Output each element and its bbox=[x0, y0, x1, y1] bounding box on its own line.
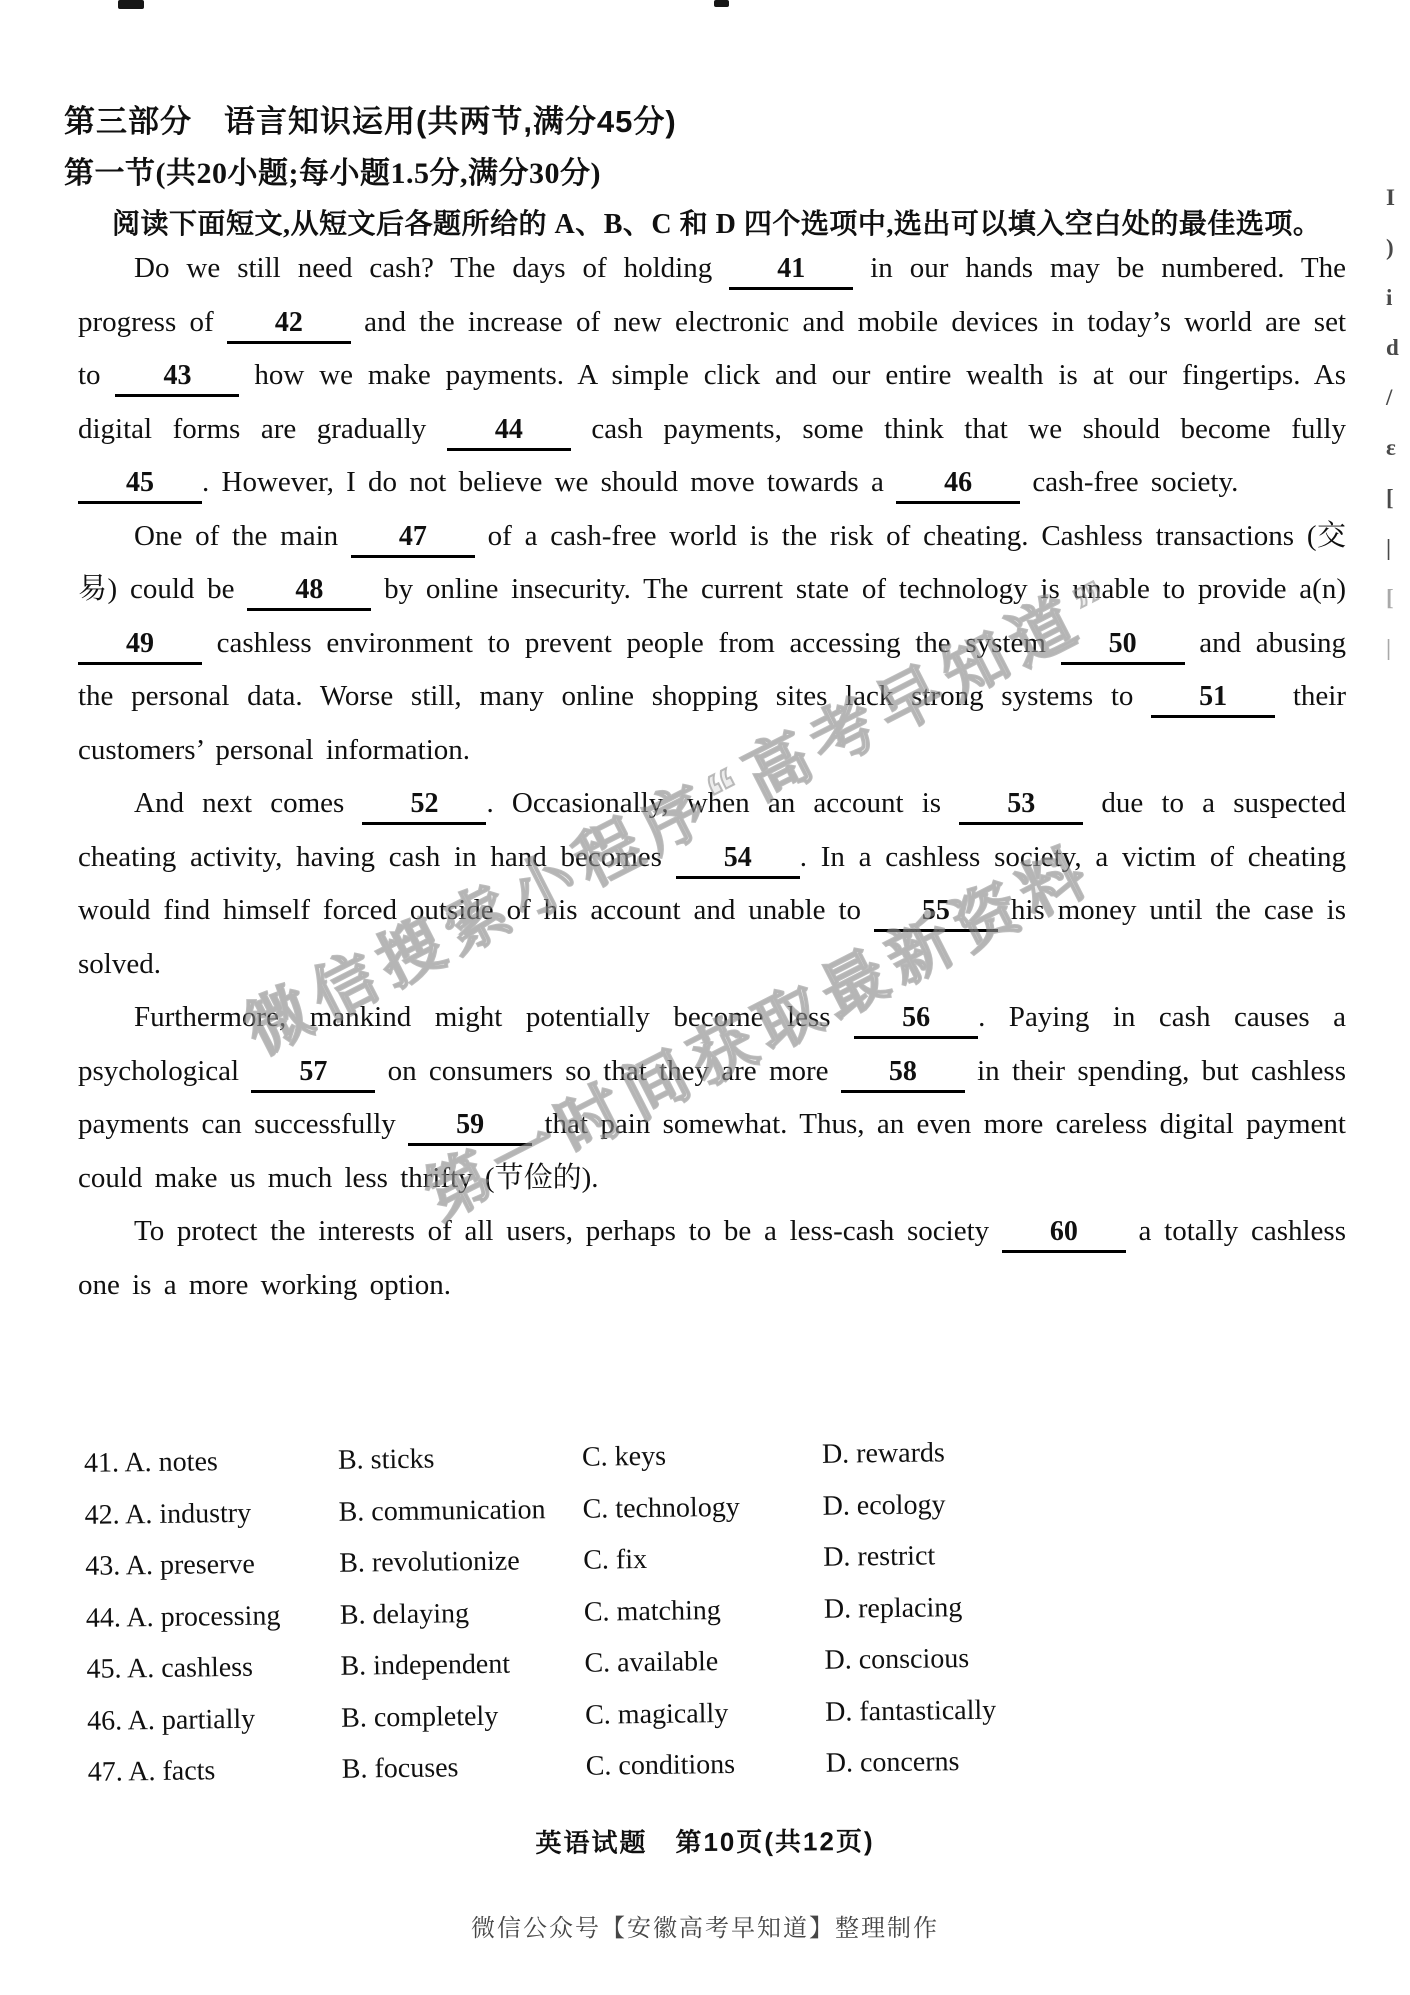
option-43-C: C. fix bbox=[583, 1542, 823, 1577]
blank-49: 49 bbox=[78, 627, 202, 665]
option-43-B: B. revolutionize bbox=[339, 1545, 583, 1580]
edge-glyph: ε bbox=[1386, 435, 1396, 461]
option-44-A: 44. A. processing bbox=[86, 1599, 340, 1634]
option-44-D: D. replacing bbox=[824, 1587, 1366, 1626]
option-41-B: B. sticks bbox=[338, 1442, 582, 1477]
part-title: 第三部分 语言知识运用(共两节,满分45分) bbox=[64, 96, 677, 141]
blank-50: 50 bbox=[1061, 627, 1185, 665]
blank-52: 52 bbox=[362, 787, 486, 825]
option-41-A: 41. A. notes bbox=[84, 1445, 338, 1480]
paragraph-5: To protect the interests of all users, p… bbox=[78, 1205, 1346, 1312]
paragraph-4: Furthermore, mankind might potentially b… bbox=[78, 991, 1346, 1205]
edge-glyph: [ bbox=[1386, 485, 1394, 511]
options-table: 41. A. notesB. sticksC. keysD. rewards42… bbox=[84, 1432, 1368, 1808]
option-47-D: D. concerns bbox=[826, 1741, 1368, 1780]
scan-smudge bbox=[714, 0, 729, 7]
option-42-C: C. technology bbox=[582, 1490, 822, 1525]
option-43-D: D. restrict bbox=[823, 1535, 1365, 1574]
paragraph-3: And next comes 52. Occasionally, when an… bbox=[78, 777, 1346, 991]
option-46-B: B. completely bbox=[341, 1699, 585, 1734]
blank-54: 54 bbox=[676, 841, 800, 879]
blank-58: 58 bbox=[841, 1055, 965, 1093]
blank-47: 47 bbox=[351, 520, 475, 558]
blank-51: 51 bbox=[1151, 680, 1275, 718]
edge-glyph: | bbox=[1386, 635, 1391, 661]
credit-line: 微信公众号【安徽高考早知道】整理制作 bbox=[0, 1908, 1410, 1943]
blank-41: 41 bbox=[729, 252, 853, 290]
blank-60: 60 bbox=[1002, 1215, 1126, 1253]
blank-57: 57 bbox=[251, 1055, 375, 1093]
option-46-C: C. magically bbox=[585, 1696, 825, 1731]
blank-59: 59 bbox=[408, 1108, 532, 1146]
option-41-D: D. rewards bbox=[822, 1432, 1364, 1471]
blank-53: 53 bbox=[959, 787, 1083, 825]
option-45-B: B. independent bbox=[340, 1648, 584, 1683]
option-45-A: 45. A. cashless bbox=[86, 1651, 340, 1686]
edge-glyph: d bbox=[1386, 335, 1399, 361]
option-42-D: D. ecology bbox=[822, 1484, 1364, 1523]
instruction-text: 阅读下面短文,从短文后各题所给的 A、B、C 和 D 四个选项中,选出可以填入空… bbox=[112, 202, 1362, 242]
option-41-C: C. keys bbox=[582, 1439, 822, 1474]
paragraph-1: Do we still need cash? The days of holdi… bbox=[78, 242, 1346, 510]
option-42-A: 42. A. industry bbox=[84, 1496, 338, 1531]
edge-glyph: ) bbox=[1386, 235, 1394, 261]
blank-46: 46 bbox=[896, 466, 1020, 504]
edge-glyph: i bbox=[1386, 285, 1392, 311]
blank-45: 45 bbox=[78, 466, 202, 504]
option-44-C: C. matching bbox=[584, 1593, 824, 1628]
exam-page: 第三部分 语言知识运用(共两节,满分45分) 第一节(共20小题;每小题1.5分… bbox=[0, 0, 1410, 1995]
paragraph-2: One of the main 47 of a cash-free world … bbox=[78, 510, 1346, 778]
option-47-C: C. conditions bbox=[586, 1748, 826, 1783]
option-45-C: C. available bbox=[584, 1645, 824, 1680]
edge-glyph: | bbox=[1386, 535, 1391, 561]
blank-56: 56 bbox=[854, 1001, 978, 1039]
page-edge-artifacts: I)id/ε[|[| bbox=[1384, 0, 1410, 1995]
blank-42: 42 bbox=[227, 306, 351, 344]
cloze-passage: Do we still need cash? The days of holdi… bbox=[78, 242, 1346, 1312]
option-46-A: 46. A. partially bbox=[87, 1702, 341, 1737]
option-45-D: D. conscious bbox=[824, 1638, 1366, 1677]
blank-44: 44 bbox=[447, 413, 571, 451]
blank-43: 43 bbox=[115, 359, 239, 397]
scan-smudge bbox=[118, 0, 144, 9]
option-42-B: B. communication bbox=[338, 1493, 582, 1528]
option-43-A: 43. A. preserve bbox=[85, 1548, 339, 1583]
edge-glyph: [ bbox=[1386, 585, 1394, 611]
blank-55: 55 bbox=[874, 894, 998, 932]
blank-48: 48 bbox=[247, 573, 371, 611]
option-47-A: 47. A. facts bbox=[88, 1754, 342, 1789]
section-title: 第一节(共20小题;每小题1.5分,满分30分) bbox=[64, 148, 601, 192]
edge-glyph: / bbox=[1386, 385, 1392, 411]
option-47-B: B. focuses bbox=[342, 1751, 586, 1786]
edge-glyph: I bbox=[1386, 185, 1395, 211]
page-number-label: 英语试题 第10页(共12页) bbox=[0, 1818, 1410, 1862]
option-46-D: D. fantastically bbox=[825, 1690, 1367, 1729]
option-44-B: B. delaying bbox=[340, 1596, 584, 1631]
